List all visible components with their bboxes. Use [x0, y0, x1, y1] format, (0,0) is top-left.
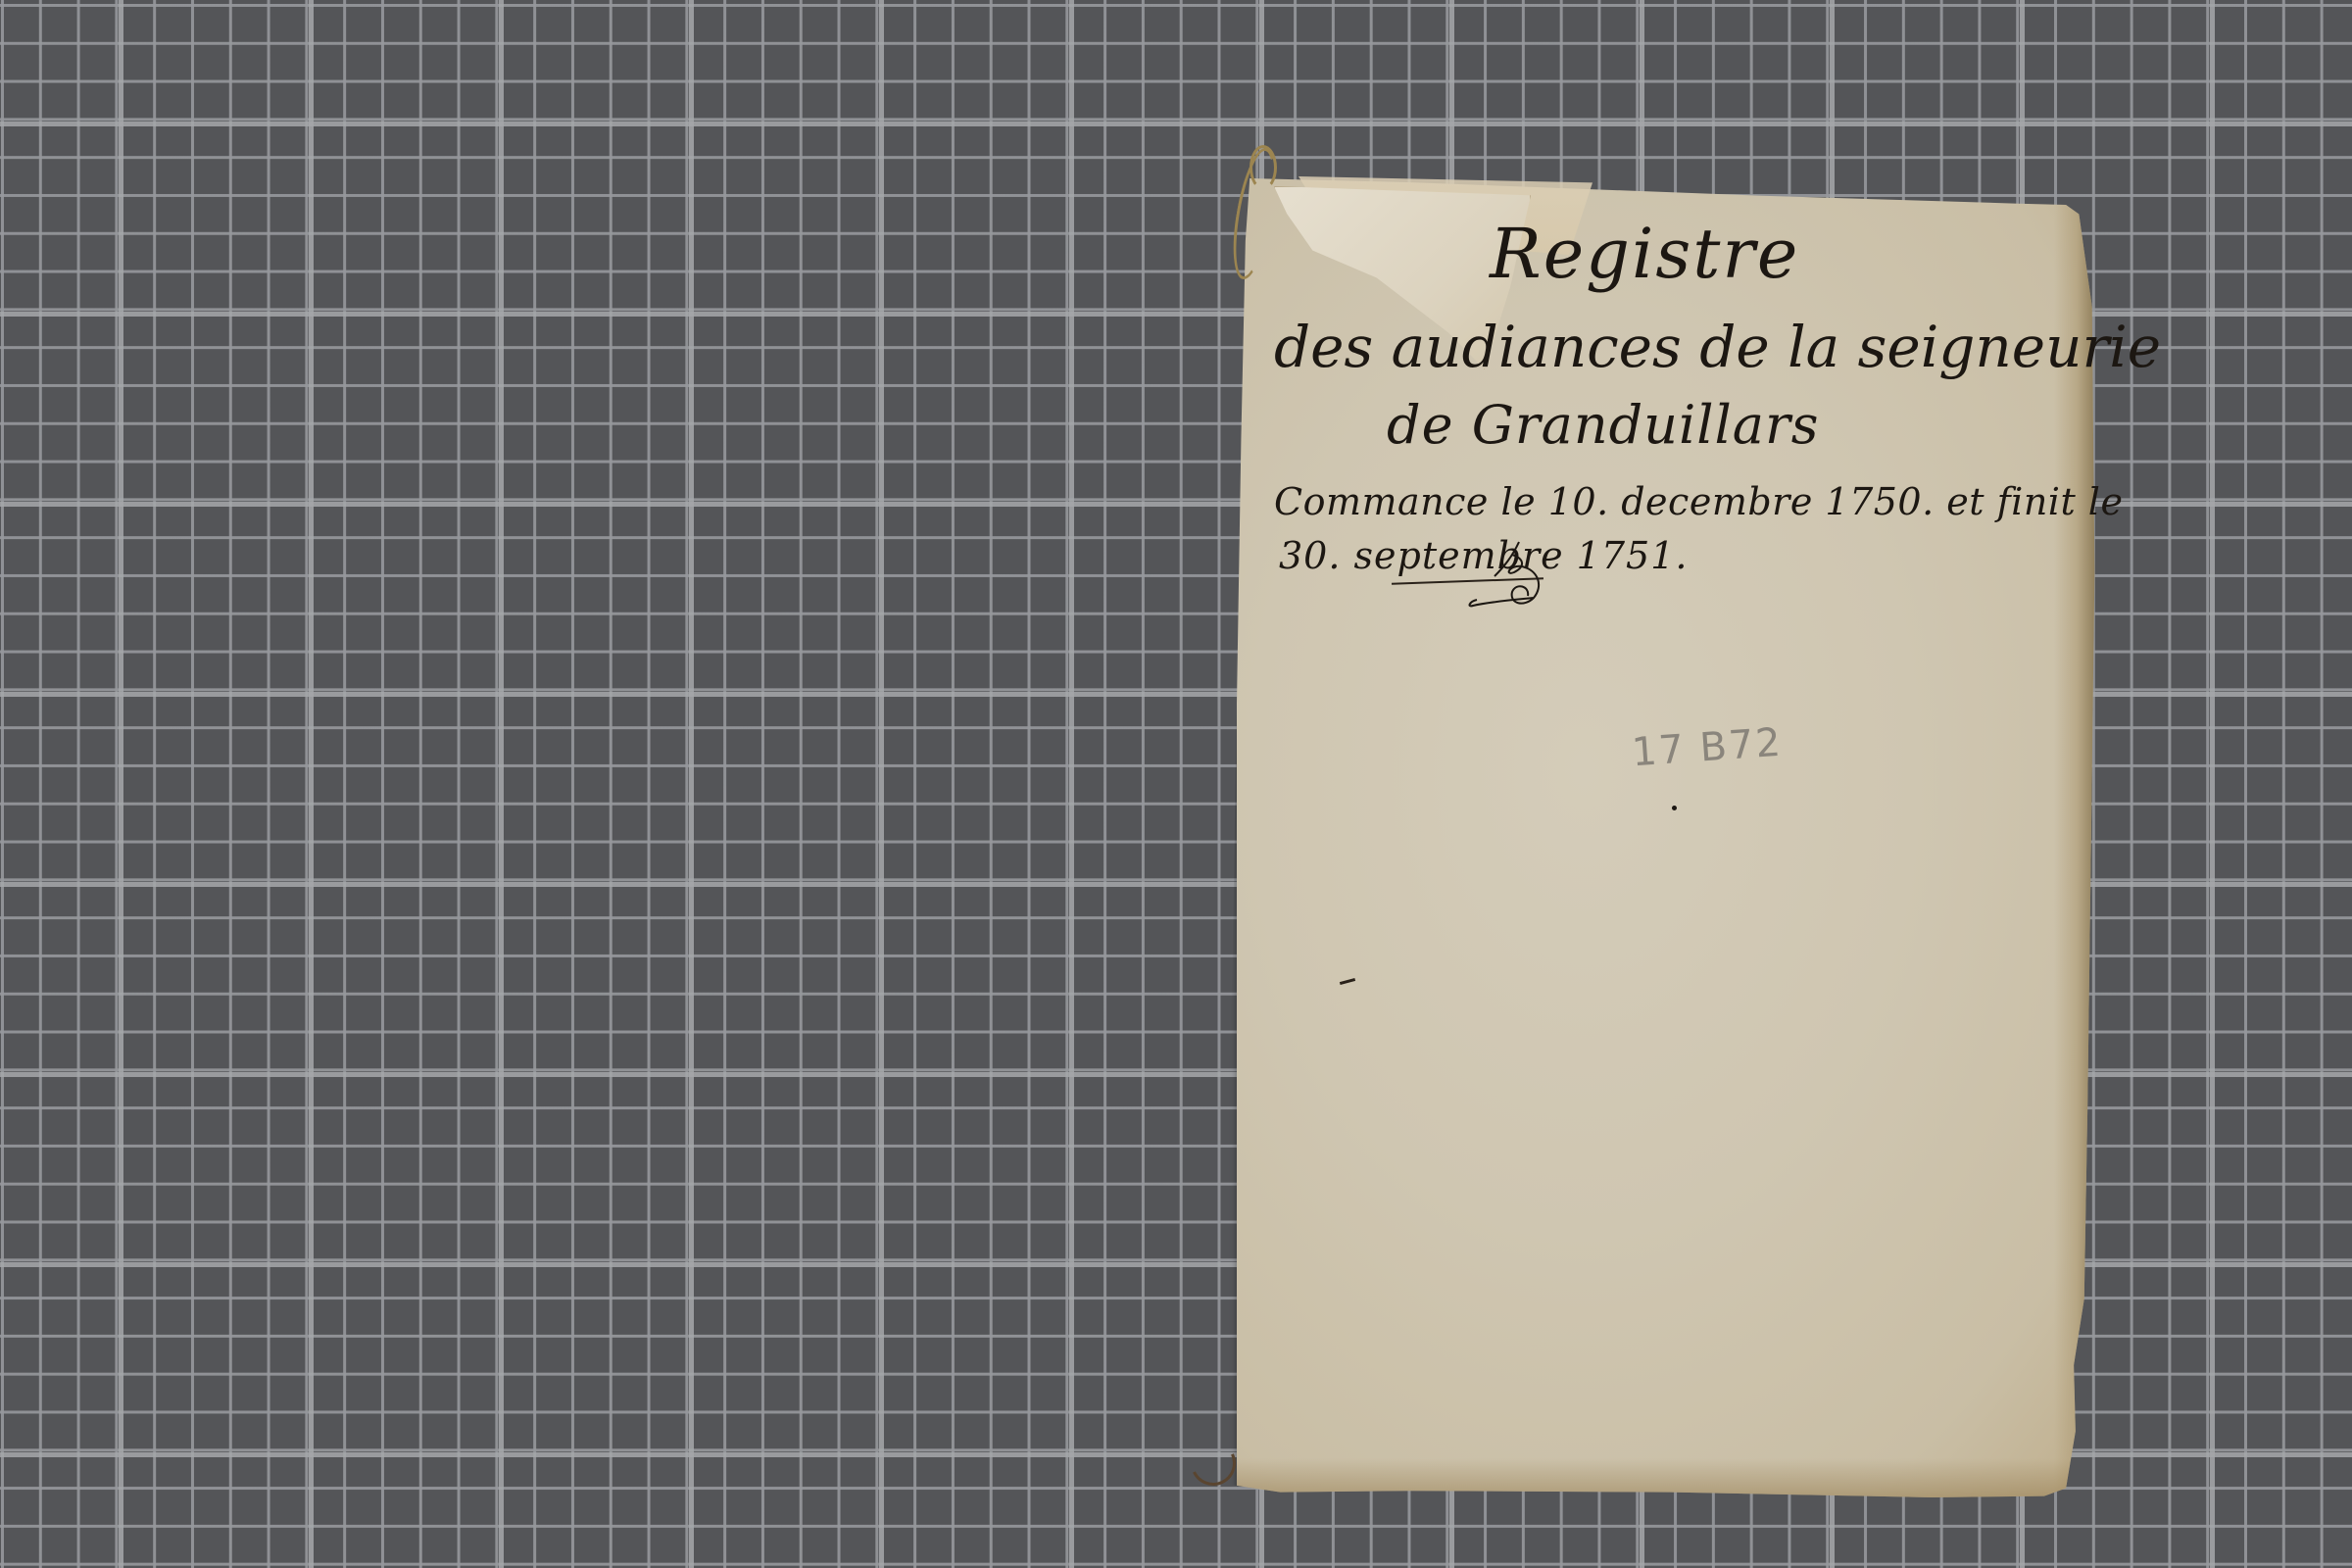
subtitle-start-date: Commance le 10. decembre 1750. et finit … [1274, 480, 2123, 523]
ink-dot [1672, 806, 1677, 810]
title-audiances: des audiances de la seigneurie [1274, 314, 2161, 380]
title-granduillars: de Granduillars [1387, 394, 1820, 456]
binding-string-knot [1249, 145, 1277, 190]
title-registre: Registre [1490, 214, 1799, 294]
paraph-signature-icon [1465, 537, 1563, 615]
